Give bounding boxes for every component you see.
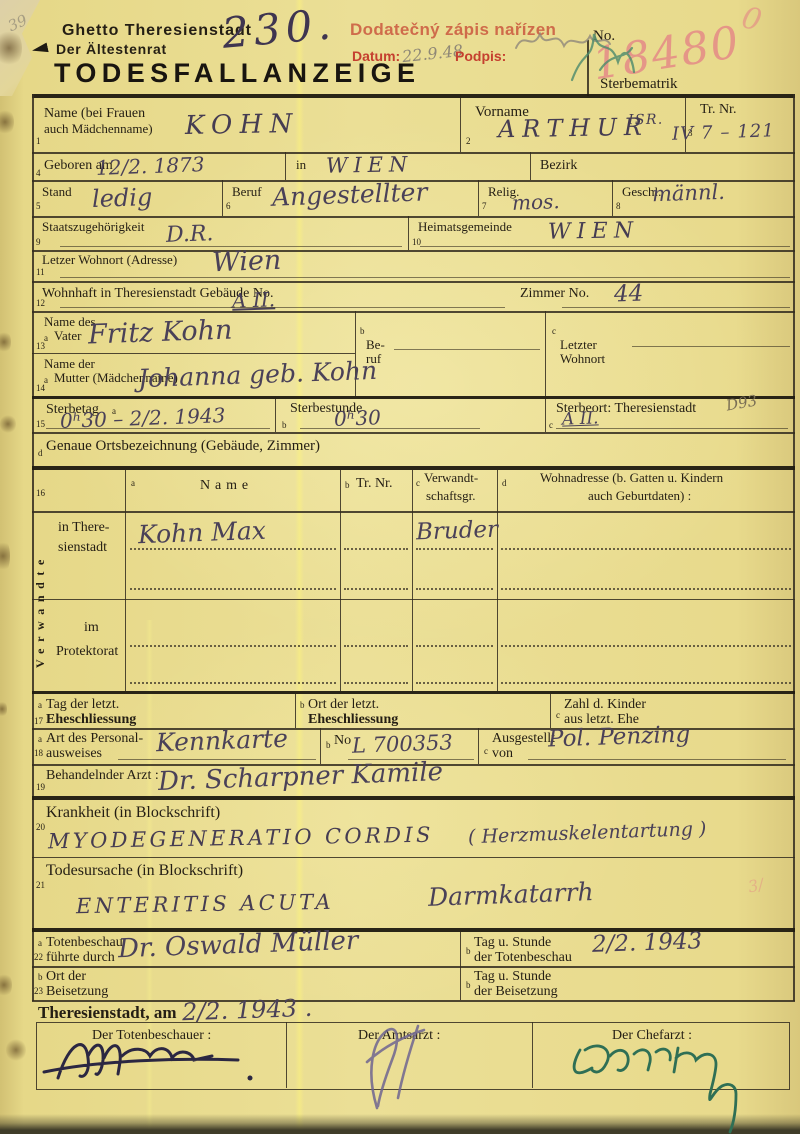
stand-value: ledig <box>92 183 153 213</box>
krankheit-annex: ( Herzmuskelentartung ) <box>468 818 707 848</box>
todesursache-annex: Darmkatarrh <box>428 877 595 912</box>
line <box>460 966 461 1000</box>
sub-letter: b <box>300 700 305 710</box>
vorname-value: ARTHUR <box>498 113 649 144</box>
sub-letter: a <box>38 734 42 744</box>
field-number: 15 <box>36 419 45 429</box>
ausweis-no-value: L 700353 <box>352 730 454 758</box>
field-number: 17 <box>34 716 43 726</box>
sub-letter: a <box>38 700 42 710</box>
pink-margin-mark: 3/ <box>746 875 765 897</box>
field-number: 14 <box>36 383 45 393</box>
field-number: 12 <box>36 298 45 308</box>
line <box>501 682 791 684</box>
relatives-vertical-label: Verwandte <box>34 553 47 668</box>
wohnhaft-value: A II. <box>232 287 276 312</box>
relatives-col-verw-line2: schaftsgr. <box>426 489 475 504</box>
relative-name: Kohn Max <box>138 516 267 549</box>
line <box>32 311 795 313</box>
beschau-label-line2: führte durch <box>46 950 115 966</box>
line <box>501 548 791 550</box>
corner-mark: 0 <box>738 0 765 39</box>
field-number: 9 <box>36 237 41 247</box>
line <box>340 470 341 691</box>
line <box>416 682 493 684</box>
line <box>32 396 795 399</box>
line <box>285 152 286 180</box>
sub-letter: b <box>466 946 471 956</box>
line <box>32 281 795 283</box>
line <box>501 588 791 590</box>
stamp-podpis-label: Podpis: <box>455 48 506 64</box>
heimat-value: WIEN <box>548 218 640 245</box>
line <box>501 645 791 647</box>
sub-letter: b <box>360 326 365 336</box>
stain <box>0 972 12 998</box>
line <box>32 94 34 1001</box>
line <box>32 966 795 968</box>
line <box>416 645 493 647</box>
krankheit-label: Krankheit (in Blockschrift) <box>46 804 220 822</box>
line <box>497 470 498 691</box>
todesursache-value: ENTERITIS ACUTA <box>76 890 334 918</box>
field-number: 2 <box>466 136 471 146</box>
sub-letter: b <box>326 740 331 750</box>
sterbestunde-value: 0ʰ30 <box>334 405 382 431</box>
sub-letter: c <box>556 710 560 720</box>
line <box>550 694 551 728</box>
beisetzung-label-line2: Beisetzung <box>46 984 108 1000</box>
ausweis-no-label: No <box>334 733 351 749</box>
line <box>545 311 546 396</box>
ausweis-label-line1: Art des Personal- <box>46 731 143 747</box>
geschl-value: männl. <box>652 180 726 207</box>
line <box>130 682 336 684</box>
vorname-suffix: ISR. <box>628 112 664 129</box>
relatives-col-adresse-line1: Wohnadresse (b. Gatten u. Kindern <box>540 471 723 486</box>
stain <box>6 1038 26 1062</box>
relig-value: mos. <box>512 189 560 215</box>
line <box>60 307 505 308</box>
zimmer-value: 44 <box>614 280 644 307</box>
sub-letter: a <box>38 938 42 948</box>
line <box>460 98 461 152</box>
relatives-col-trnr: Tr. Nr. <box>356 476 392 492</box>
line <box>130 645 336 647</box>
sub-letter: d <box>502 478 507 488</box>
sub-letter: c <box>549 420 553 430</box>
sub-letter: c <box>416 478 420 488</box>
name-value: KOHN <box>185 109 300 141</box>
line <box>478 728 479 764</box>
stain <box>0 108 14 136</box>
org-name-line2: Der Ältestenrat <box>56 42 167 58</box>
relative-relationship: Bruder <box>416 517 499 546</box>
relatives-col-verw-line1: Verwandt- <box>424 471 478 486</box>
line <box>412 470 413 691</box>
ausgestellt-label-line2: von <box>492 746 513 762</box>
line <box>222 180 223 216</box>
ehe-tag-label-line2: Eheschliessung <box>46 712 136 728</box>
field-number: 18 <box>34 748 43 758</box>
beruf-label: Beruf <box>232 185 262 200</box>
line <box>478 180 479 216</box>
stain <box>0 700 7 718</box>
beschau-zeit-value: 2/2. 1943 <box>592 928 703 958</box>
line <box>528 759 786 760</box>
line <box>416 588 493 590</box>
arrow-icon <box>31 42 49 56</box>
line <box>612 180 613 216</box>
sub-letter: b <box>282 420 287 430</box>
kinder-label-line1: Zahl d. Kinder <box>564 697 646 713</box>
sub-letter: b <box>345 480 350 490</box>
vater-value: Fritz Kohn <box>88 314 233 350</box>
line <box>32 432 795 434</box>
line <box>394 349 540 350</box>
sterbeort-value: A II. <box>562 408 599 429</box>
stain <box>0 330 11 354</box>
beschau-zeit-label-line1: Tag u. Stunde <box>474 935 551 951</box>
line <box>125 470 126 691</box>
line <box>408 216 409 250</box>
ehe-ort-label-line2: Eheschliessung <box>308 712 398 728</box>
staats-label: Staatszugehörigkeit <box>42 220 145 235</box>
relatives-col-name: Name <box>200 478 253 494</box>
field-number: 1 <box>36 136 41 146</box>
mutter-value: Johanna geb. Kohn <box>138 356 378 393</box>
krankheit-value: MYODEGENERATIO CORDIS <box>48 823 434 854</box>
sterbeort-pencil-mark: D93 <box>725 391 759 414</box>
line <box>130 588 336 590</box>
scanned-death-notice-form: 39 Ghetto Theresienstadt Der Ältestenrat… <box>0 0 800 1134</box>
sub-letter: a <box>131 478 135 488</box>
field-number: 23 <box>34 986 43 996</box>
line <box>344 645 408 647</box>
line <box>344 548 408 550</box>
field-number: 8 <box>616 201 621 211</box>
heimat-label: Heimatsgemeinde <box>418 220 512 235</box>
beisetzung-zeit-label-line2: der Beisetzung <box>474 984 558 1000</box>
stain <box>0 414 16 434</box>
line <box>587 40 589 96</box>
name-label-line2: auch Mädchenname) <box>44 122 153 137</box>
beisetzung-zeit-label-line1: Tag u. Stunde <box>474 969 551 985</box>
field-number: 19 <box>36 782 45 792</box>
beschau-zeit-label-line2: der Totenbeschau <box>474 950 572 966</box>
field-number: 11 <box>36 267 45 277</box>
sub-letter: b <box>466 980 471 990</box>
line <box>32 796 795 800</box>
line <box>545 399 546 432</box>
line <box>460 932 461 966</box>
trnr-value: IV 7 – 121 <box>672 120 776 145</box>
line <box>344 588 408 590</box>
field-number: 13 <box>36 341 45 351</box>
stand-label: Stand <box>42 185 72 200</box>
line <box>32 511 795 513</box>
family-beruf-label-line2: ruf <box>366 352 381 367</box>
line <box>632 346 790 347</box>
line <box>532 1022 533 1088</box>
field-number: 21 <box>36 880 45 890</box>
ausgestellt-label-line1: Ausgestellt <box>492 731 555 747</box>
line <box>562 307 790 308</box>
line <box>118 759 316 760</box>
line <box>286 1022 287 1088</box>
line <box>420 246 790 247</box>
line <box>344 682 408 684</box>
ortsbezeichnung-label: Genaue Ortsbezeichnung (Gebäude, Zimmer) <box>46 438 320 455</box>
arzt-label: Behandelnder Arzt : <box>46 768 159 784</box>
geboren-value: 12/2. 1873 <box>96 152 205 180</box>
line <box>32 353 355 354</box>
family-wohnort-label-line2: Wohnort <box>560 352 605 367</box>
line <box>32 599 795 600</box>
field-number: 20 <box>36 822 45 832</box>
line <box>556 428 788 429</box>
relatives-col-adresse-line2: auch Geburtdaten) : <box>588 489 691 504</box>
trnr-label: Tr. Nr. <box>700 102 736 118</box>
field-number: 16 <box>36 488 45 498</box>
line <box>46 428 270 429</box>
footer-place-date-label: Theresienstadt, am <box>38 1003 177 1022</box>
line <box>275 399 276 432</box>
line <box>320 728 321 764</box>
relatives-sec2-label-line1: im <box>84 620 99 636</box>
line <box>60 277 790 278</box>
line <box>300 428 480 429</box>
line <box>793 94 795 1001</box>
sub-letter: c <box>552 326 556 336</box>
line <box>416 548 493 550</box>
ausweis-value: Kennkarte <box>156 724 289 758</box>
relatives-sec1-label-line2: sienstadt <box>58 540 107 556</box>
ausgestellt-value: Pol. Penzing <box>548 722 691 753</box>
ehe-tag-label-line1: Tag der letzt. <box>46 697 119 713</box>
todesursache-label: Todesursache (in Blockschrift) <box>46 862 243 880</box>
field-number: 5 <box>36 201 41 211</box>
wohnort-label: Letzer Wohnort (Adresse) <box>42 253 177 268</box>
relatives-sec2-label-line2: Protektorat <box>56 644 118 660</box>
field-number: 22 <box>34 952 43 962</box>
vater-label-line2: Vater <box>54 329 81 344</box>
sub-letter: b <box>38 972 43 982</box>
wohnort-value: Wien <box>211 245 281 278</box>
relatives-sec1-label-line1: in There- <box>58 520 109 536</box>
field-number: 4 <box>36 168 41 178</box>
line <box>32 216 795 218</box>
sub-letter: d <box>38 448 43 458</box>
sub-letter: c <box>484 746 488 756</box>
beisetzung-label-line1: Ort der <box>46 969 86 985</box>
line <box>32 691 795 694</box>
scan-edge <box>0 1114 800 1134</box>
line <box>32 1000 795 1002</box>
sig-totenbeschauer-label: Der Totenbeschauer : <box>92 1028 211 1044</box>
handwritten-file-number: 230. <box>220 0 338 58</box>
line <box>295 694 296 728</box>
line <box>130 548 336 550</box>
staats-value: D.R. <box>166 221 214 248</box>
stamp-line1: Dodatečný zápis nařízen <box>350 20 556 40</box>
geboren-in-label: in <box>296 158 306 173</box>
geboren-in-value: WIEN <box>326 152 414 178</box>
stain <box>0 538 10 574</box>
field-number: 7 <box>482 201 487 211</box>
ausweis-label-line2: ausweises <box>46 746 102 762</box>
line <box>32 94 795 98</box>
bezirk-label: Bezirk <box>540 158 577 174</box>
name-label-line1: Name (bei Frauen <box>44 106 145 122</box>
line <box>32 857 795 858</box>
field-number: 6 <box>226 201 231 211</box>
beschau-label-line1: Totenbeschau <box>46 935 123 951</box>
ehe-ort-label-line1: Ort der letzt. <box>308 697 379 713</box>
sig-amtsarzt-label: Der Amtsarzt : <box>358 1028 440 1044</box>
sig-chefarzt-label: Der Chefarzt : <box>612 1028 692 1044</box>
form-title: TODESFALLANZEIGE <box>54 58 420 88</box>
zimmer-label: Zimmer No. <box>520 286 589 302</box>
beruf-value: Angestellter <box>272 177 428 211</box>
line <box>530 152 531 180</box>
